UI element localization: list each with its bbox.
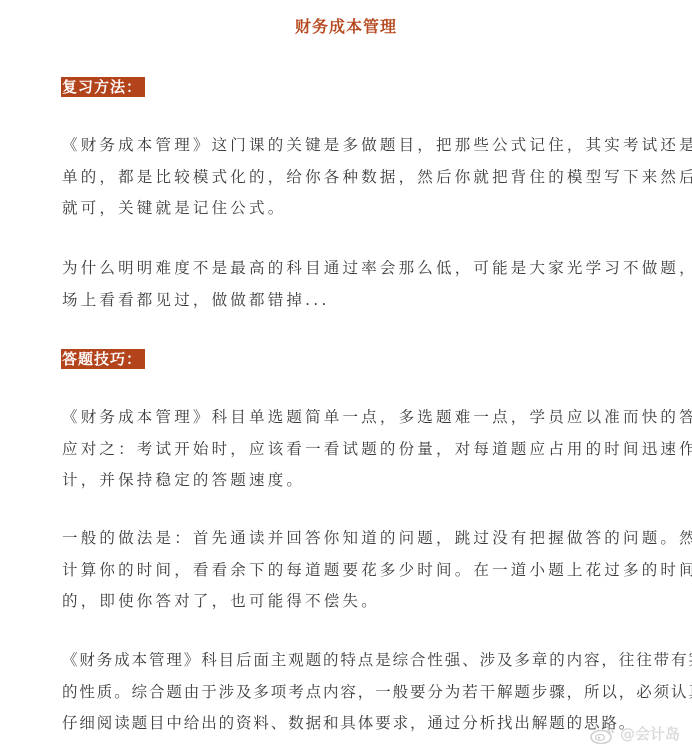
text-line: 仔细阅读题目中给出的资料、数据和具体要求，通过分析找出解题的思路。 (62, 708, 676, 740)
section-heading-review-method: 复习方法： (61, 77, 145, 97)
text-line: 《财务成本管理》科目后面主观题的特点是综合性强、涉及多章的内容，往往带有案例分析 (62, 645, 676, 677)
weibo-logo-icon (590, 724, 616, 744)
text-line: 为什么明明难度不是最高的科目通过率会那么低，可能是大家光学习不做题，到了考 (62, 253, 676, 285)
watermark-text: @会计岛 (620, 723, 680, 744)
paragraph-review-1: 《财务成本管理》这门课的关键是多做题目，把那些公式记住，其实考试还是比较简 单的… (62, 130, 676, 225)
paragraph-tips-2: 一般的做法是：首先通读并回答你知道的问题，跳过没有把握做答的问题。然后重新 计算… (62, 523, 676, 618)
text-line: 就可，关键就是记住公式。 (62, 193, 676, 225)
text-line: 单的，都是比较模式化的，给你各种数据，然后你就把背住的模型写下来然后套数字 (62, 162, 676, 194)
text-line: 计，并保持稳定的答题速度。 (62, 465, 676, 497)
text-line: 《财务成本管理》科目单选题简单一点，多选题难一点，学员应以准而快的答题速度 (62, 402, 676, 434)
text-line: 的性质。综合题由于涉及多项考点内容，一般要分为若干解题步骤，所以，必须认真审题， (62, 677, 676, 709)
page-title: 财务成本管理 (0, 16, 692, 38)
section-heading-answer-tips: 答题技巧： (61, 349, 145, 369)
text-line: 应对之：考试开始时，应该看一看试题的份量，对每道题应占用的时间迅速作出估 (62, 434, 676, 466)
paragraph-tips-3: 《财务成本管理》科目后面主观题的特点是综合性强、涉及多章的内容，往往带有案例分析… (62, 645, 676, 740)
text-line: 的，即使你答对了，也可能得不偿失。 (62, 586, 676, 618)
text-line: 计算你的时间，看看余下的每道题要花多少时间。在一道小题上花过多的时间是不值 (62, 555, 676, 587)
paragraph-tips-1: 《财务成本管理》科目单选题简单一点，多选题难一点，学员应以准而快的答题速度 应对… (62, 402, 676, 497)
text-line: 《财务成本管理》这门课的关键是多做题目，把那些公式记住，其实考试还是比较简 (62, 130, 676, 162)
watermark: @会计岛 (590, 723, 680, 744)
text-line: 一般的做法是：首先通读并回答你知道的问题，跳过没有把握做答的问题。然后重新 (62, 523, 676, 555)
text-line: 场上看看都见过，做做都错掉... (62, 285, 676, 317)
paragraph-review-2: 为什么明明难度不是最高的科目通过率会那么低，可能是大家光学习不做题，到了考 场上… (62, 253, 676, 316)
